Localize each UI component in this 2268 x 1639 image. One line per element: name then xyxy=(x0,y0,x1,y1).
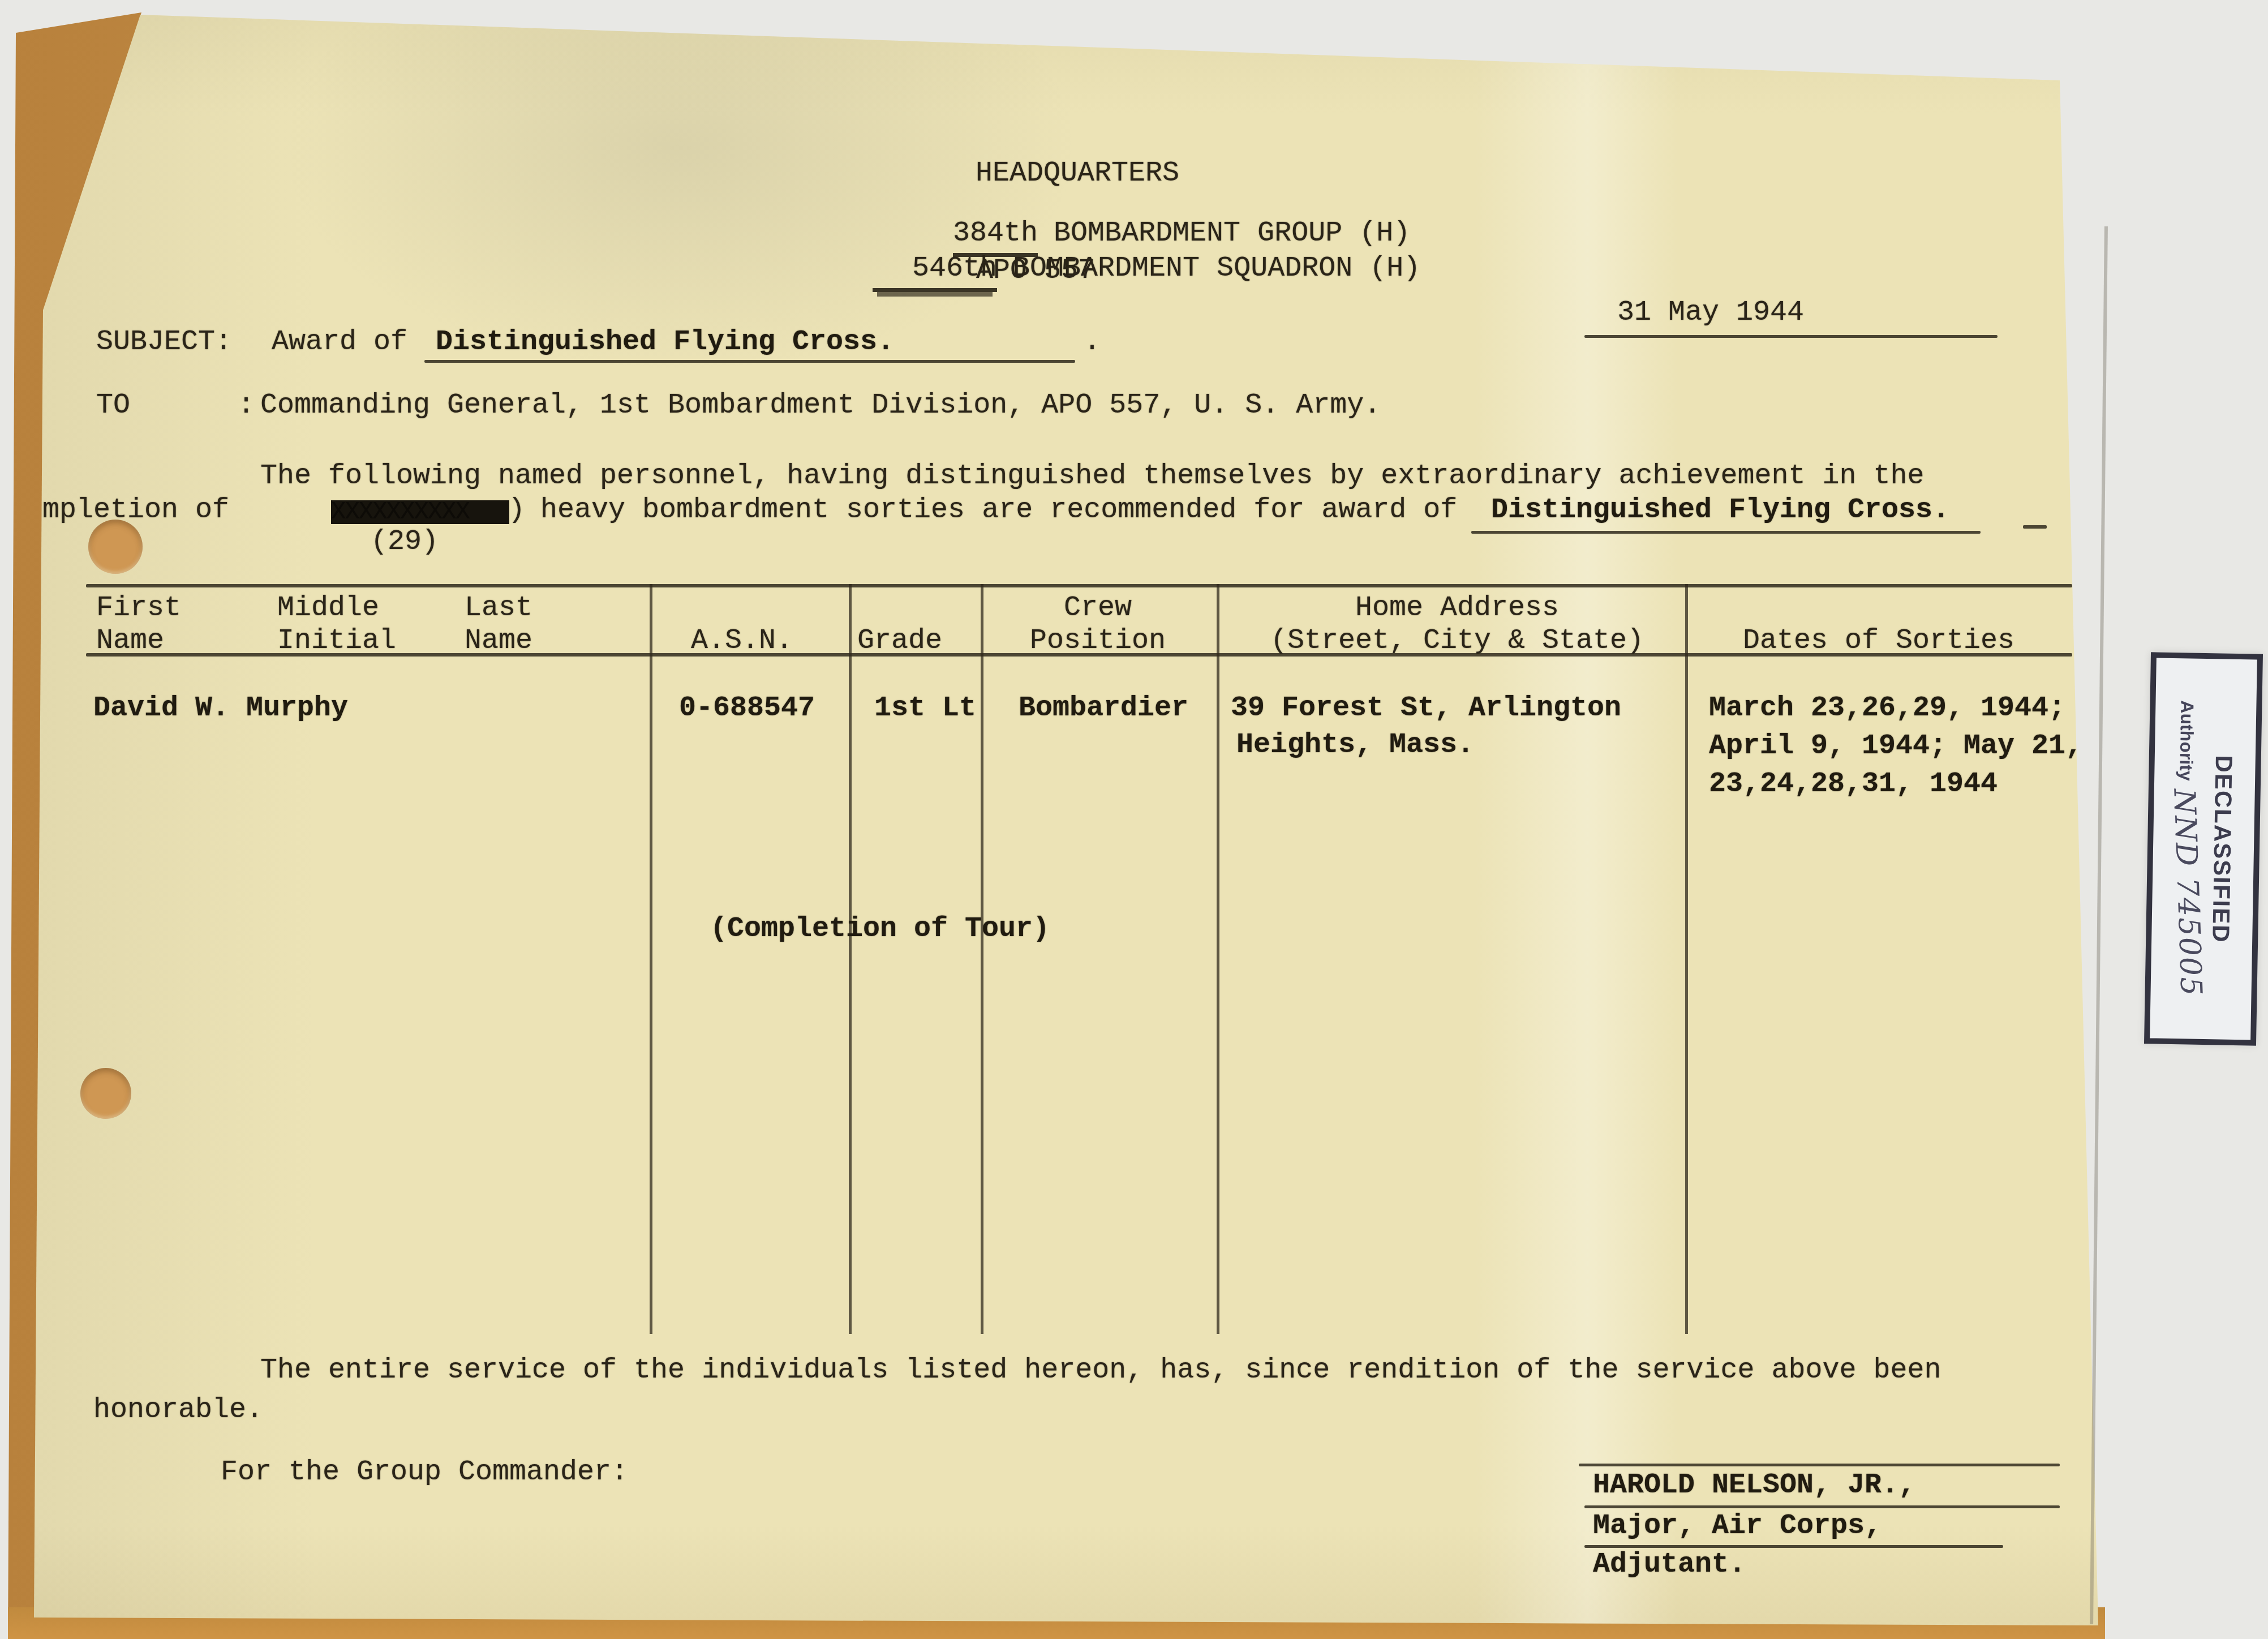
paragraph1-line2-mid: heavy bombardment sorties are recommende… xyxy=(540,496,1457,525)
row-position: Bombardier xyxy=(1019,694,1188,723)
column-divider-crew-home xyxy=(1217,584,1219,1334)
signature-rank: Major, Air Corps, xyxy=(1593,1512,1882,1541)
typed-content: HEADQUARTERS 384thBOMBARDMENT GROUP (H) … xyxy=(0,0,2268,1639)
header-home-l1: Home Address xyxy=(1355,594,1559,623)
column-divider-home-dates xyxy=(1685,584,1688,1334)
stamp-authority-line: Authority NND 745005 xyxy=(2168,700,2207,997)
row-name: David W. Murphy xyxy=(93,694,348,723)
header-dates: Dates of Sorties xyxy=(1743,627,2014,655)
header-crew-l2: Position xyxy=(1030,627,1166,655)
paragraph2-line2: honorable. xyxy=(93,1396,263,1425)
subject-award: Distinguished Flying Cross. xyxy=(436,328,894,357)
header-asn: A.S.N. xyxy=(691,627,793,655)
paragraph1-paren: ) xyxy=(508,496,525,525)
subject-trailing-period: . xyxy=(1084,328,1101,357)
header-last-l2: Name xyxy=(465,627,532,655)
header-crew-l1: Crew xyxy=(1064,594,1132,623)
paragraph1-award: Distinguished Flying Cross. xyxy=(1491,496,1949,525)
stamp-title: DECLASSIFIED xyxy=(2207,755,2237,943)
declassified-stamp-content: DECLASSIFIED Authority NND 745005 xyxy=(2150,662,2256,1037)
paragraph2-line1: The entire service of the individuals li… xyxy=(260,1357,1941,1385)
correction-29: (29) xyxy=(371,528,439,556)
row-asn: 0-688547 xyxy=(679,694,815,723)
row-dates-line3: 23,24,28,31, 1944 xyxy=(1709,770,1998,799)
strikeout-bar: XXXXXXXXXX xyxy=(331,500,509,524)
signature-rule-top xyxy=(1579,1464,2060,1466)
signature-title: Adjutant. xyxy=(1593,1551,1746,1579)
header-middle-l2: Initial xyxy=(277,627,396,655)
column-divider-grade-crew xyxy=(981,584,983,1334)
to-label: TO xyxy=(96,392,130,420)
table-rule-top xyxy=(86,584,2072,587)
declassified-stamp: DECLASSIFIED Authority NND 745005 xyxy=(2144,652,2263,1045)
paragraph1-line1: The following named personnel, having di… xyxy=(260,462,1924,491)
paragraph1-award-underline xyxy=(1471,531,1981,534)
signature-rank-underline xyxy=(1584,1545,2003,1548)
for-group-commander-line: For the Group Commander: xyxy=(221,1458,628,1487)
header-first-l2: Name xyxy=(96,627,164,655)
column-divider-asn-grade xyxy=(849,584,852,1334)
margin-dash xyxy=(2023,525,2047,529)
header-middle-l1: Middle xyxy=(277,594,379,623)
completion-of-tour-note: (Completion of Tour) xyxy=(710,915,1050,943)
to-separator: : xyxy=(238,392,255,420)
subject-lead: Award of xyxy=(272,328,407,357)
header-last-l1: Last xyxy=(465,594,532,623)
punch-hole-bottom xyxy=(80,1068,131,1119)
header-home-l2: (Street, City & State) xyxy=(1270,627,1644,655)
header-grade: Grade xyxy=(857,627,942,655)
letterhead-apo: APO 557 xyxy=(976,257,1095,285)
signature-name-underline xyxy=(1584,1505,2060,1508)
stamp-authority-label: Authority xyxy=(2175,700,2197,781)
letterhead-headquarters: HEADQUARTERS xyxy=(976,160,1179,188)
row-dates-line1: March 23,26,29, 1944; xyxy=(1709,694,2065,723)
paragraph1-line2-start: mpletion of xyxy=(42,496,229,525)
row-address-line2: Heights, Mass. xyxy=(1236,731,1474,760)
header-first-l1: First xyxy=(96,594,181,623)
scanned-document-photo: HEADQUARTERS 384thBOMBARDMENT GROUP (H) … xyxy=(0,0,2268,1639)
signature-name: HAROLD NELSON, JR., xyxy=(1593,1471,1915,1500)
date-line: 31 May 1944 xyxy=(1617,299,1804,327)
subject-underline xyxy=(424,360,1075,363)
row-grade: 1st Lt xyxy=(874,694,976,723)
punch-hole-top xyxy=(88,520,143,574)
to-text: Commanding General, 1st Bombardment Divi… xyxy=(260,392,1381,420)
subject-label: SUBJECT: xyxy=(96,328,232,357)
column-divider-names-asn xyxy=(650,584,652,1334)
letterhead-squadron-line: 546thBOMBARDMENT SQUADRON (H) xyxy=(810,226,1420,311)
row-address-line1: 39 Forest St, Arlington xyxy=(1231,694,1621,723)
stamp-authority-value: NND 745005 xyxy=(2167,788,2208,998)
date-underline xyxy=(1584,335,1998,338)
row-dates-line2: April 9, 1944; May 21, xyxy=(1709,732,2082,761)
